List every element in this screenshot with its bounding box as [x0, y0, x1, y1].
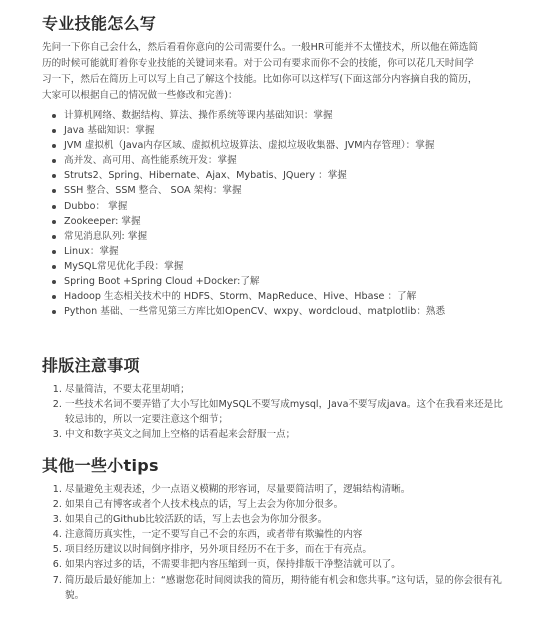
list-item: 简历最后最好能加上：“感谢您花时间阅读我的简历，期待能有机会和您共事。”这句话，…: [65, 573, 510, 603]
list-item: Hadoop 生态相关技术中的 HDFS、Storm、MapReduce、Hiv…: [64, 289, 445, 304]
list-item: 如果自己的Github比较活跃的话，写上去也会为你加分很多。: [65, 512, 510, 527]
list-item: JVM 虚拟机（Java内存区域、虚拟机垃圾算法、虚拟垃圾收集器、JVM内存管理…: [64, 138, 445, 153]
list-item: 常见消息队列: 掌握: [64, 229, 445, 244]
list-item: Spring Boot +Spring Cloud +Docker:了解: [64, 274, 445, 289]
list-item: 一些技术名词不要弄错了大小写比如MySQL不要写成mysql，Java不要写成j…: [65, 397, 510, 427]
list-item: Struts2、Spring、Hibernate、Ajax、Mybatis、JQ…: [64, 168, 445, 183]
list-item: 项目经历建议以时间倒序排序，另外项目经历不在于多，而在于有亮点。: [65, 542, 510, 557]
list-item: 尽量避免主观表述，少一点语义模糊的形容词，尽量要简洁明了，逻辑结构清晰。: [65, 482, 510, 497]
section-heading-layout: 排版注意事项: [42, 353, 140, 376]
skills-list: 计算机网络、数据结构、算法、操作系统等课内基础知识：掌握 Java 基础知识：掌…: [42, 108, 445, 319]
list-item: SSH 整合、SSM 整合、 SOA 架构：掌握: [64, 183, 445, 198]
list-item: Linux：掌握: [64, 244, 445, 259]
section-heading-tips: 其他一些小tips: [42, 453, 159, 476]
list-item: Zookeeper: 掌握: [64, 214, 445, 229]
list-item: 如果内容过多的话，不需要非把内容压缩到一页，保持排版干净整洁就可以了。: [65, 557, 510, 572]
list-item: 中文和数字英文之间加上空格的话看起来会舒服一点；: [65, 427, 510, 442]
list-item: 注意简历真实性，一定不要写自己不会的东西，或者带有欺骗性的内容: [65, 527, 510, 542]
section-heading-skills: 专业技能怎么写: [42, 11, 156, 34]
list-item: Python 基础、一些常见第三方库比如OpenCV、wxpy、wordclou…: [64, 304, 445, 319]
list-item: 尽量简洁，不要太花里胡哨；: [65, 382, 510, 397]
tips-list: 尽量避免主观表述，少一点语义模糊的形容词，尽量要简洁明了，逻辑结构清晰。 如果自…: [42, 482, 510, 603]
list-item: 高并发、高可用、高性能系统开发：掌握: [64, 153, 445, 168]
list-item: 如果自己有博客或者个人技术栈点的话，写上去会为你加分很多。: [65, 497, 510, 512]
list-item: 计算机网络、数据结构、算法、操作系统等课内基础知识：掌握: [64, 108, 445, 123]
layout-list: 尽量简洁，不要太花里胡哨； 一些技术名词不要弄错了大小写比如MySQL不要写成m…: [42, 382, 510, 442]
list-item: Dubbo： 掌握: [64, 199, 445, 214]
skills-intro-paragraph: 先问一下你自己会什么，然后看看你意向的公司需要什么。一般HR可能并不太懂技术，所…: [42, 40, 482, 104]
list-item: MySQL常见优化手段：掌握: [64, 259, 445, 274]
list-item: Java 基础知识：掌握: [64, 123, 445, 138]
